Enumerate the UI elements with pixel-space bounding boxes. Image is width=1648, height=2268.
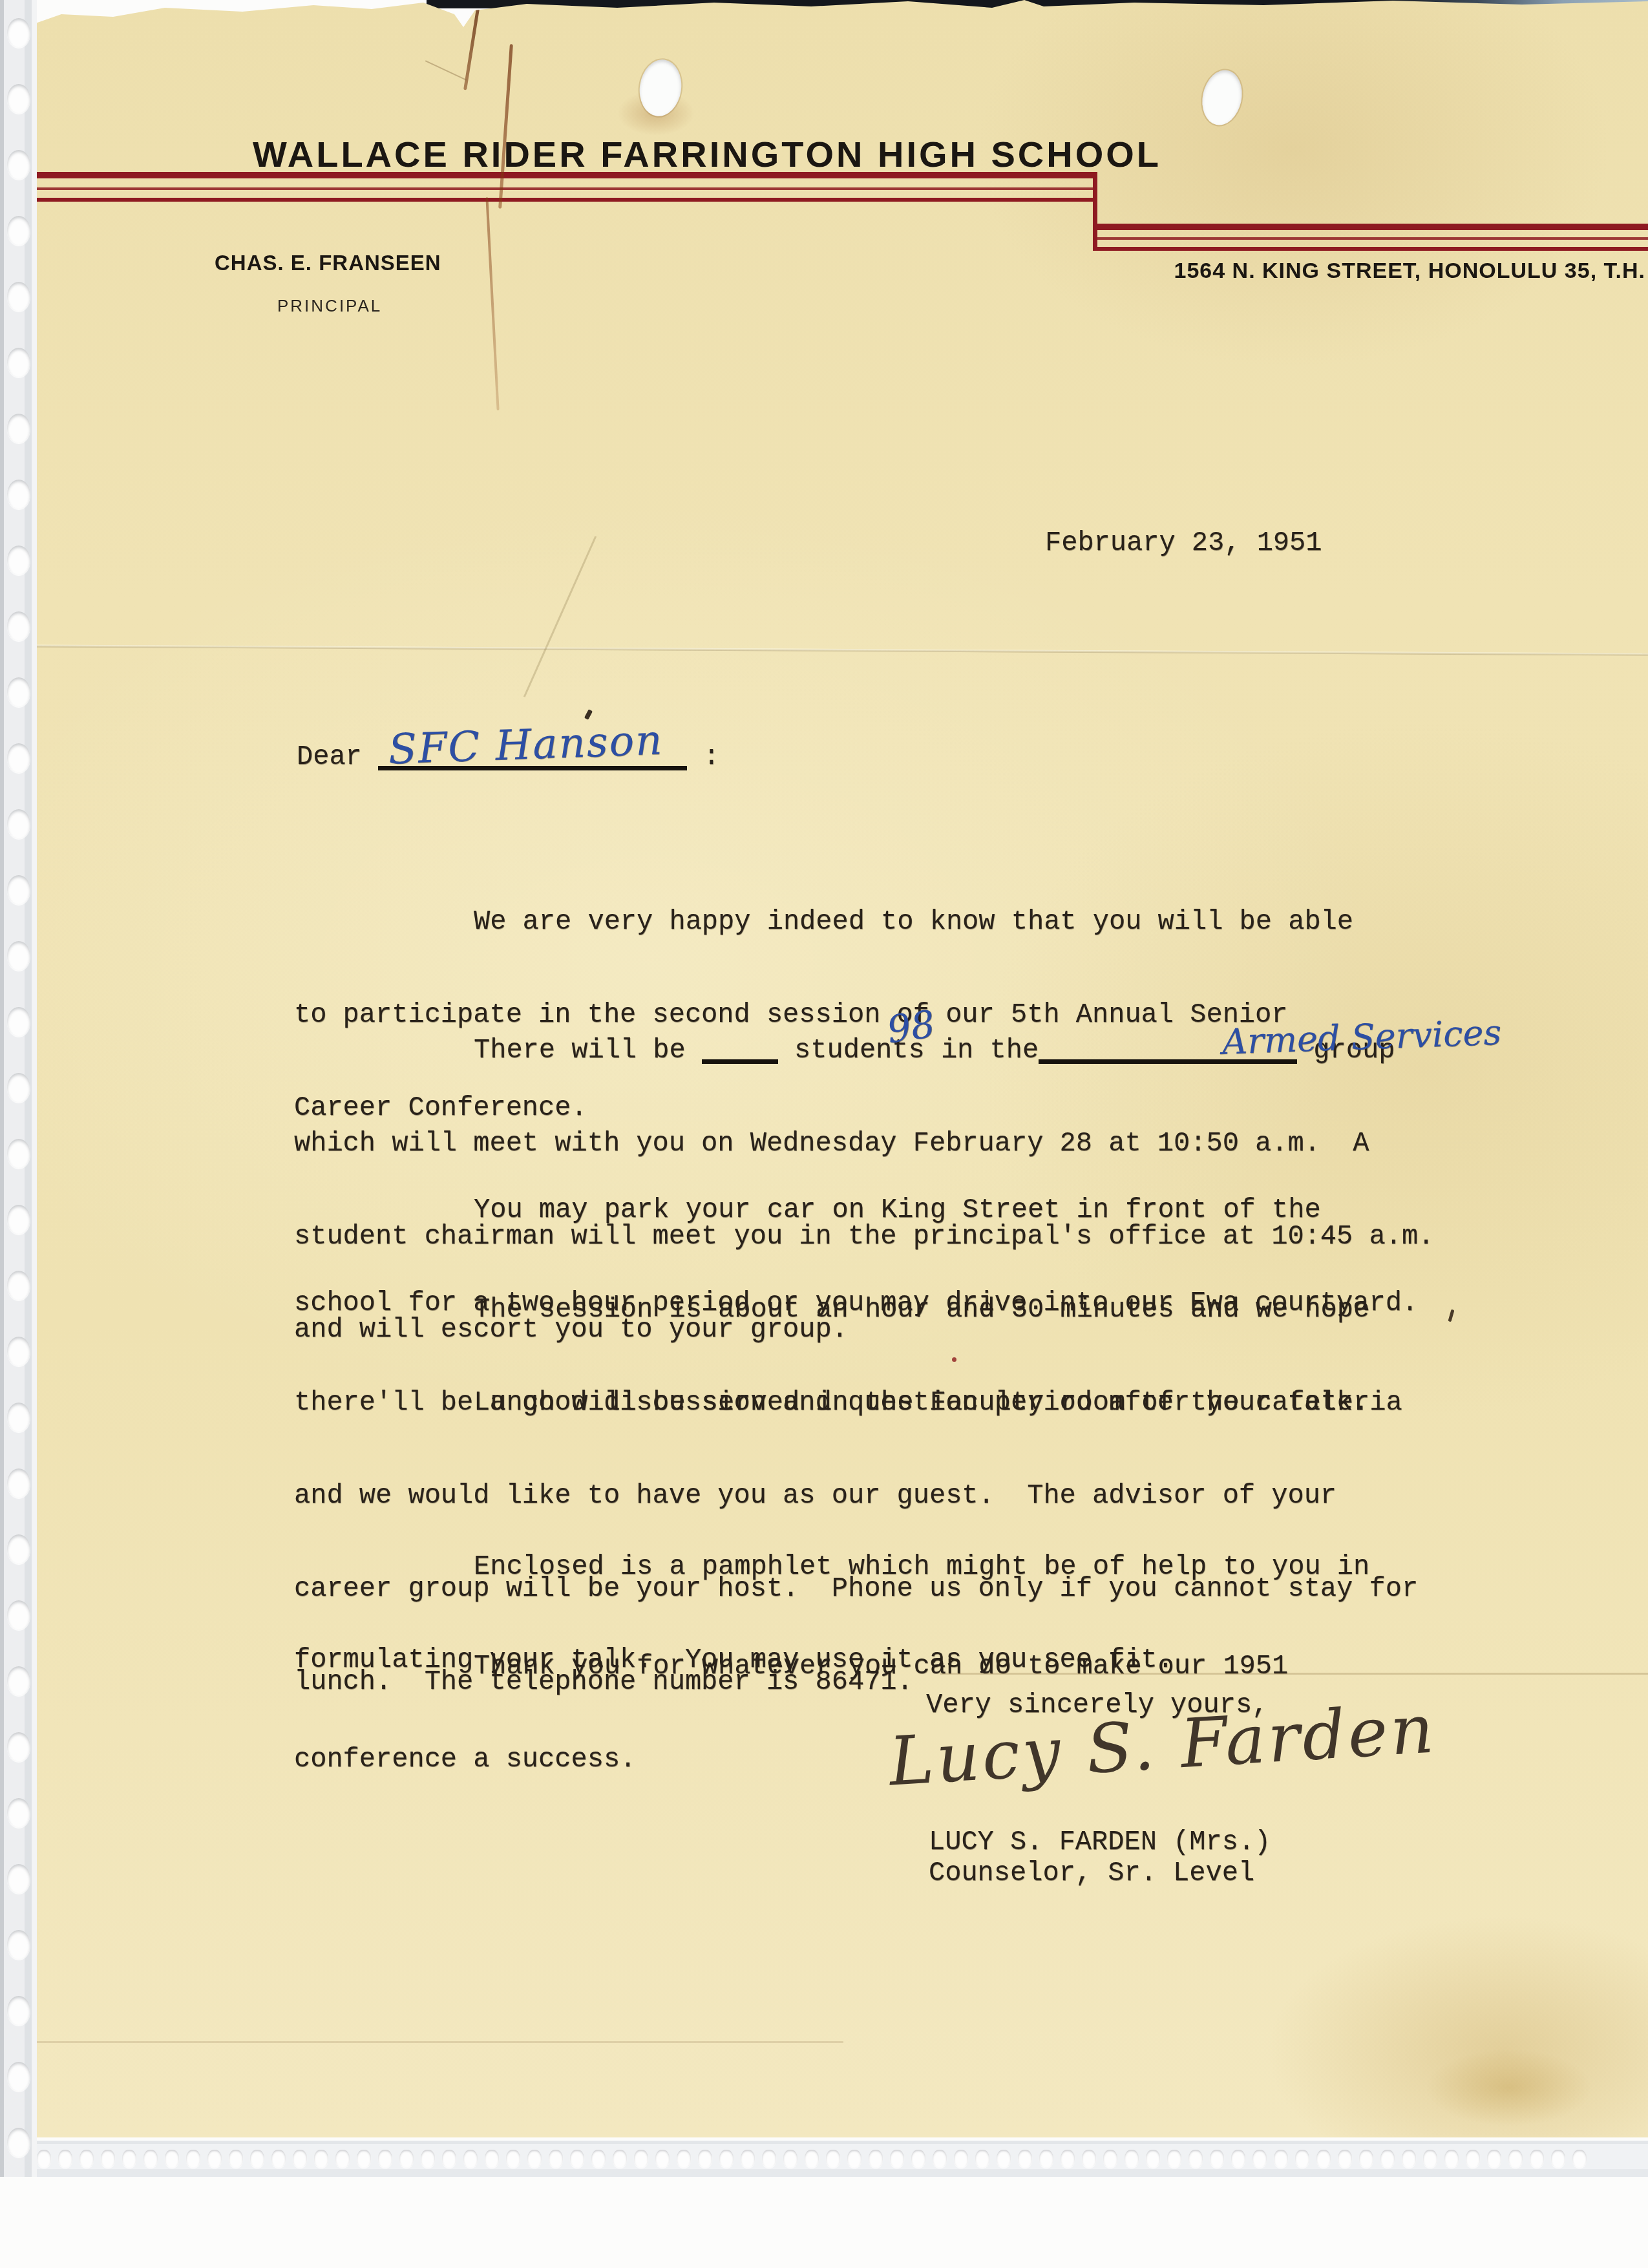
protector-perforation — [1359, 2150, 1373, 2168]
ink-speck — [584, 709, 593, 720]
protector-perforation — [677, 2150, 691, 2168]
protector-perforation — [1018, 2150, 1032, 2168]
protector-perforation — [7, 1798, 30, 1828]
protector-perforation — [7, 414, 30, 443]
student-count-underline: 98 — [702, 1034, 778, 1064]
scratch-mark — [425, 60, 467, 80]
protector-perforation — [250, 2150, 264, 2168]
protector-perforation — [1252, 2150, 1267, 2168]
protector-perforation — [1103, 2150, 1117, 2168]
protector-perforation — [1530, 2150, 1544, 2168]
protector-perforation — [37, 2150, 51, 2168]
protector-perforation — [1572, 2150, 1587, 2168]
protector-perforation — [933, 2150, 947, 2168]
protector-perforation — [7, 1073, 30, 1103]
protector-perforation — [7, 677, 30, 707]
protector-perforation — [719, 2150, 734, 2168]
principal-name: CHAS. E. FRANSEEN — [215, 251, 441, 275]
group-name-underline: Armed Services — [1039, 1034, 1297, 1064]
protector-perforation — [911, 2150, 925, 2168]
protector-perforation — [1466, 2150, 1480, 2168]
protector-perforation — [7, 480, 30, 509]
protector-perforation — [7, 809, 30, 839]
letterhead-rule-right-medium — [1095, 247, 1648, 251]
protector-perforation — [1295, 2150, 1309, 2168]
protector-perforation — [762, 2150, 776, 2168]
fold-crease — [523, 536, 597, 697]
protector-perforation — [101, 2150, 115, 2168]
protector-perforation — [7, 1007, 30, 1037]
protector-perforation — [1274, 2150, 1288, 2168]
body-line: You may park your car on King Street in … — [294, 1194, 1509, 1225]
letter-paper: WALLACE RIDER FARRINGTON HIGH SCHOOL CHA… — [36, 0, 1648, 2137]
age-stain — [1425, 2049, 1593, 2126]
school-name: WALLACE RIDER FARRINGTON HIGH SCHOOL — [253, 133, 1161, 175]
salutation-suffix: : — [687, 741, 719, 772]
protector-perforation — [7, 1732, 30, 1762]
protector-perforation — [783, 2150, 798, 2168]
body-line-with-fills: There will be 98 students in theArmed Se… — [294, 1034, 1509, 1066]
protector-perforation — [271, 2150, 286, 2168]
protector-perforation — [1508, 2150, 1523, 2168]
protector-perforation — [357, 2150, 371, 2168]
protector-perforation — [975, 2150, 989, 2168]
protector-perforation — [335, 2150, 350, 2168]
protector-perforation — [655, 2150, 670, 2168]
body-line: The session is about an hour and 30 minu… — [294, 1294, 1509, 1325]
protector-perforation — [1338, 2150, 1352, 2168]
punch-hole — [1198, 67, 1247, 129]
fold-crease — [940, 1673, 1648, 1675]
protector-perforation — [186, 2150, 200, 2168]
protector-perforation — [1188, 2150, 1203, 2168]
protector-perforation — [1444, 2150, 1459, 2168]
protector-perforation — [7, 1930, 30, 1960]
protector-perforation — [1061, 2150, 1075, 2168]
protector-perforation — [7, 1468, 30, 1498]
protector-perforation — [613, 2150, 627, 2168]
protector-perforation — [869, 2150, 883, 2168]
protector-perforation — [1167, 2150, 1181, 2168]
protector-perforation — [7, 216, 30, 246]
protector-perforation — [1082, 2150, 1096, 2168]
protector-perforation — [7, 2062, 30, 2092]
protector-perforation — [890, 2150, 904, 2168]
protector-perforation — [549, 2150, 563, 2168]
fold-crease — [36, 644, 1648, 655]
letterhead-rule-right-thick — [1095, 224, 1648, 230]
protector-perforation — [7, 875, 30, 905]
protector-perforation — [79, 2150, 94, 2168]
body-line: Lunch will be served in the Faculty room… — [294, 1387, 1509, 1418]
protector-perforation — [7, 1403, 30, 1432]
protector-perforation — [7, 1534, 30, 1564]
protector-perforation — [1380, 2150, 1395, 2168]
protector-perforation — [1125, 2150, 1139, 2168]
protector-perforation — [506, 2150, 520, 2168]
protector-perforation — [1316, 2150, 1331, 2168]
protector-perforation — [122, 2150, 136, 2168]
salutation-line: Dear SFC Hanson : — [297, 741, 719, 772]
protector-perforation — [805, 2150, 819, 2168]
sheet-protector-left-edge — [0, 0, 37, 2177]
protector-perforation — [7, 1996, 30, 2026]
handwritten-group-name: Armed Services — [1042, 1015, 1502, 1066]
protector-perforation — [741, 2150, 755, 2168]
letter-date: February 23, 1951 — [1045, 527, 1322, 558]
protector-perforation — [7, 546, 30, 575]
scanned-letter-page: { "colors": { "paper": "#f0e3b4", "rule-… — [0, 0, 1648, 2268]
fold-crease — [36, 2041, 843, 2043]
protector-perforation — [7, 2128, 30, 2157]
protector-perforation — [7, 611, 30, 641]
protector-perforation — [143, 2150, 158, 2168]
letterhead-rule-left-thin — [36, 187, 1095, 190]
protector-perforation — [7, 743, 30, 773]
protector-perforation — [1423, 2150, 1437, 2168]
protector-perforation — [7, 84, 30, 114]
protector-perforation — [634, 2150, 648, 2168]
protector-perforation — [997, 2150, 1011, 2168]
protector-perforation — [954, 2150, 968, 2168]
protector-perforation — [485, 2150, 499, 2168]
protector-perforation — [7, 282, 30, 312]
protector-perforation — [7, 1600, 30, 1630]
sheet-protector-bottom-edge — [0, 2141, 1648, 2177]
protector-perforation — [1039, 2150, 1053, 2168]
signer-name: LUCY S. FARDEN (Mrs.) — [929, 1827, 1271, 1858]
protector-perforation — [1210, 2150, 1224, 2168]
salutation-prefix: Dear — [297, 741, 378, 772]
protector-perforation — [7, 1139, 30, 1169]
protector-perforation — [570, 2150, 584, 2168]
letterhead-rule-left-medium — [36, 198, 1095, 202]
protector-perforation — [7, 1864, 30, 1894]
protector-perforation — [7, 18, 30, 48]
protector-perforation — [7, 1666, 30, 1696]
principal-title: PRINCIPAL — [277, 296, 382, 316]
protector-perforation — [207, 2150, 222, 2168]
body-line: We are very happy indeed to know that yo… — [294, 906, 1509, 937]
letterhead-rule-left-thick — [36, 172, 1095, 178]
protector-perforation — [378, 2150, 392, 2168]
protector-perforation — [847, 2150, 861, 2168]
protector-perforation — [1231, 2150, 1245, 2168]
protector-perforation — [7, 941, 30, 971]
protector-perforation — [1551, 2150, 1565, 2168]
school-address: 1564 N. KING STREET, HONOLULU 35, T.H. — [1174, 259, 1645, 284]
protector-perforation — [826, 2150, 840, 2168]
body-line: Thank you for whatever you can do to mak… — [294, 1651, 1509, 1682]
handwritten-recipient: SFC Hanson — [388, 720, 664, 771]
protector-perforation — [463, 2150, 478, 2168]
protector-perforation — [7, 150, 30, 180]
protector-perforation — [7, 1271, 30, 1300]
protector-perforation — [7, 1205, 30, 1235]
letterhead-rule-right-thin — [1095, 237, 1648, 240]
body-line: Enclosed is a pamphlet which might be of… — [294, 1551, 1509, 1582]
rust-streak — [463, 0, 481, 90]
protector-perforation — [314, 2150, 328, 2168]
protector-perforation — [7, 1337, 30, 1366]
protector-perforation — [58, 2150, 72, 2168]
protector-perforation — [1487, 2150, 1501, 2168]
protector-perforation — [229, 2150, 243, 2168]
rust-streak — [485, 197, 499, 410]
ink-speck — [952, 1357, 956, 1362]
protector-perforation — [421, 2150, 435, 2168]
protector-perforation — [698, 2150, 712, 2168]
salutation-fill-underline: SFC Hanson — [378, 741, 687, 770]
signer-title: Counselor, Sr. Level — [929, 1858, 1254, 1889]
protector-perforation — [527, 2150, 542, 2168]
protector-perforation — [399, 2150, 414, 2168]
rust-streak — [498, 44, 513, 209]
p2-typed-segment: There will be — [474, 1035, 702, 1066]
protector-perforation — [1402, 2150, 1416, 2168]
protector-perforation — [165, 2150, 179, 2168]
protector-perforation — [7, 348, 30, 377]
protector-perforation — [293, 2150, 307, 2168]
protector-perforation — [1146, 2150, 1160, 2168]
protector-perforation — [591, 2150, 606, 2168]
protector-perforation — [442, 2150, 456, 2168]
